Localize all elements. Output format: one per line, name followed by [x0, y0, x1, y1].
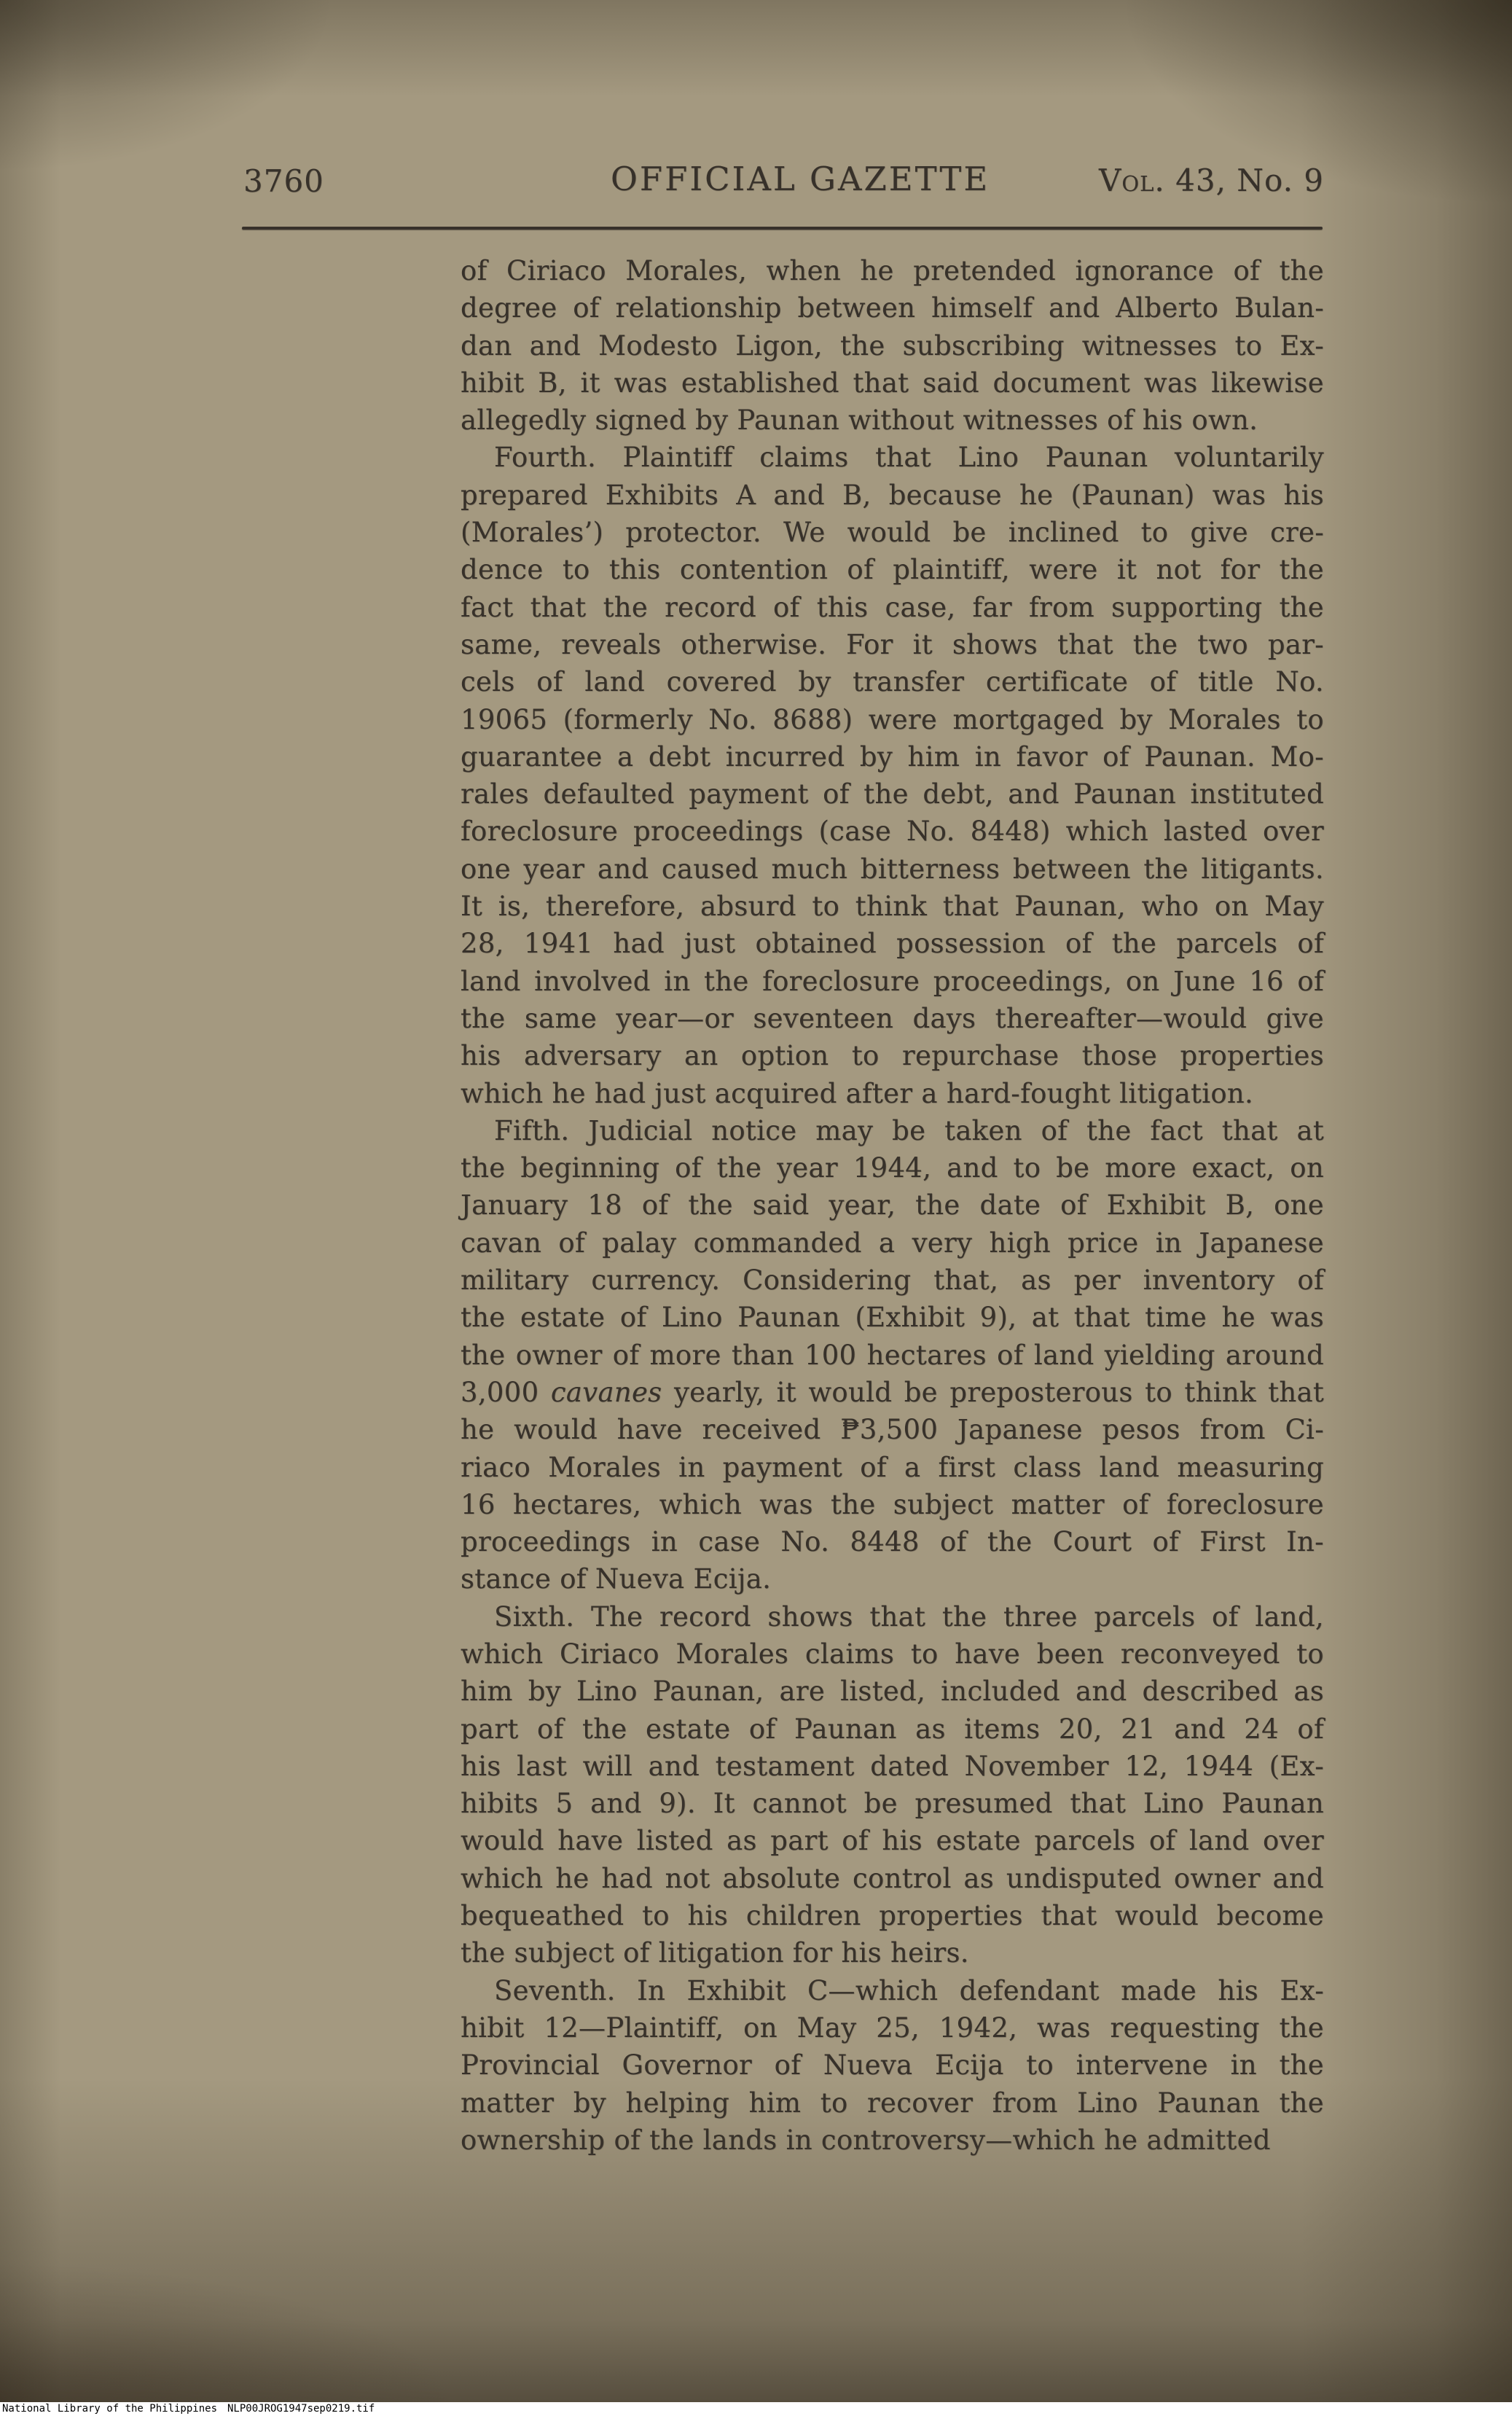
text-line: Fifth. Judicial notice may be taken of t… [461, 1112, 1324, 1149]
text-line: his last will and testament dated Novemb… [461, 1748, 1324, 1785]
text-line: dence to this contention of plaintiff, w… [461, 551, 1324, 588]
text-line: matter by helping him to recover from Li… [461, 2084, 1324, 2122]
text-line: foreclosure proceedings (case No. 8448) … [461, 813, 1324, 850]
text-line: dan and Modesto Ligon, the subscribing w… [461, 327, 1324, 364]
text-line: he would have received ₱3,500 Japanese p… [461, 1411, 1324, 1448]
text-line: ownership of the lands in controversy—wh… [461, 2122, 1324, 2159]
text-line: of Ciriaco Morales, when he pretended ig… [461, 252, 1324, 289]
page-number: 3760 [243, 163, 324, 199]
text-line: stance of Nueva Ecija. [461, 1560, 1324, 1598]
text-line: 16 hectares, which was the subject matte… [461, 1486, 1324, 1523]
text-line: 3,000 cavanes yearly, it would be prepos… [461, 1374, 1324, 1411]
text-line: bequeathed to his children properties th… [461, 1897, 1324, 1934]
text-line: guarantee a debt incurred by him in favo… [461, 738, 1324, 775]
text-line: Provincial Governor of Nueva Ecija to in… [461, 2046, 1324, 2084]
header-rule [242, 227, 1323, 230]
issue-volume: Vol. [1099, 163, 1165, 198]
text-line: the estate of Lino Paunan (Exhibit 9), a… [461, 1299, 1324, 1336]
text-line: 19065 (formerly No. 8688) were mortgaged… [461, 701, 1324, 738]
text-line: which Ciriaco Morales claims to have bee… [461, 1635, 1324, 1673]
scan-filename: NLP00JROG1947sep0219.tif [227, 2402, 375, 2416]
text-line: hibits 5 and 9). It cannot be presumed t… [461, 1785, 1324, 1822]
text-line: the beginning of the year 1944, and to b… [461, 1149, 1324, 1187]
text-line: part of the estate of Paunan as items 20… [461, 1711, 1324, 1748]
text-line: the subject of litigation for his heirs. [461, 1934, 1324, 1971]
text-line: prepared Exhibits A and B, because he (P… [461, 477, 1324, 514]
text-line: degree of relationship between himself a… [461, 289, 1324, 327]
text-line: fact that the record of this case, far f… [461, 589, 1324, 626]
text-line: It is, therefore, absurd to think that P… [461, 888, 1324, 925]
text-line: allegedly signed by Paunan without witne… [461, 402, 1324, 439]
text-line: him by Lino Paunan, are listed, included… [461, 1673, 1324, 1710]
text-line: Sixth. The record shows that the three p… [461, 1598, 1324, 1635]
scanned-page: 3760 OFFICIAL GAZETTE Vol. 43, No. 9 of … [0, 0, 1512, 2416]
text-line: his adversary an option to repurchase th… [461, 1037, 1324, 1074]
library-credit: National Library of the Philippines [2, 2402, 217, 2416]
scan-info-bar: National Library of the Philippines NLP0… [0, 2402, 1512, 2416]
text-line: proceedings in case No. 8448 of the Cour… [461, 1523, 1324, 1560]
text-line: cels of land covered by transfer certifi… [461, 663, 1324, 700]
text-line: hibit 12—Plaintiff, on May 25, 1942, was… [461, 2009, 1324, 2046]
text-line: the owner of more than 100 hectares of l… [461, 1337, 1324, 1374]
text-line: land involved in the foreclosure proceed… [461, 963, 1324, 1000]
text-line: one year and caused much bitterness betw… [461, 851, 1324, 888]
text-line: same, reveals otherwise. For it shows th… [461, 626, 1324, 663]
text-line: military currency. Considering that, as … [461, 1262, 1324, 1299]
journal-title: OFFICIAL GAZETTE [611, 160, 990, 198]
text-line: hibit B, it was established that said do… [461, 364, 1324, 402]
text-line: the same year—or seventeen days thereaft… [461, 1000, 1324, 1037]
text-line: Fourth. Plaintiff claims that Lino Pauna… [461, 439, 1324, 476]
text-line: January 18 of the said year, the date of… [461, 1187, 1324, 1224]
issue-label: Vol. 43, No. 9 [1099, 163, 1324, 198]
text-line: 28, 1941 had just obtained possession of… [461, 925, 1324, 962]
text-line: riaco Morales in payment of a first clas… [461, 1449, 1324, 1486]
text-line: (Morales’) protector. We would be inclin… [461, 514, 1324, 551]
text-line: which he had not absolute control as und… [461, 1860, 1324, 1897]
text-line: cavan of palay commanded a very high pri… [461, 1224, 1324, 1262]
text-line: rales defaulted payment of the debt, and… [461, 775, 1324, 813]
issue-number: 43, No. 9 [1175, 163, 1324, 198]
body-column: of Ciriaco Morales, when he pretended ig… [461, 252, 1324, 2159]
text-line: which he had just acquired after a hard-… [461, 1075, 1324, 1112]
text-line: Seventh. In Exhibit C—which defendant ma… [461, 1972, 1324, 2009]
text-line: would have listed as part of his estate … [461, 1822, 1324, 1859]
